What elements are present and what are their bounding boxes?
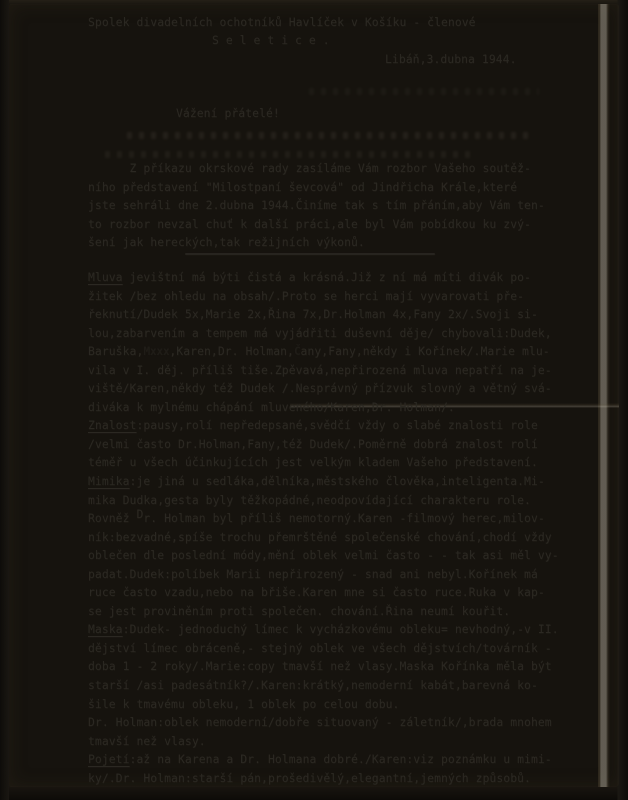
fold-crease-vertical — [598, 4, 610, 787]
ink-bleedthrough — [105, 151, 477, 158]
text-segment: ník:bezvadné,spíše trochu přemrštěné spo… — [88, 531, 552, 544]
text-segment: žitek /bez ohledu na obsah/.Proto se her… — [88, 290, 524, 303]
text-segment: ,Karen,Dr. Holman, — [169, 345, 294, 358]
intro-paragraph: Z příkazu okrskové rady zasíláme Vám roz… — [88, 160, 545, 253]
salutation: Vážení přátelé! — [176, 105, 280, 124]
text-line: doba 1 - 2 roky/.Marie:copy tmavší než v… — [88, 658, 559, 677]
text-segment: Baruška, — [88, 345, 143, 358]
text-segment: r. Holman byl příliš nemotorný.Karen -fi… — [143, 512, 544, 525]
text-segment-x: Mxxx — [143, 345, 169, 358]
text-line: padat.Dudek:políbek Marii nepřirozený - … — [88, 566, 559, 585]
text-line: řeknutí/Dudek 5x,Marie 2x,Řina 7x,Dr.Hol… — [88, 306, 559, 325]
text-segment: ruce často vzadu,nebo na břiše.Karen mne… — [88, 586, 545, 599]
text-line: žitek /bez ohledu na obsah/.Proto se her… — [88, 288, 559, 307]
text-segment: lou,zabarvením a tempem má vyjádřiti duš… — [88, 327, 552, 340]
text-line: tmavší než vlasy. — [88, 733, 559, 752]
text-segment: vila v I. děj. příliš tiše.Zpěvavá,nepři… — [88, 364, 552, 377]
text-line: ruce často vzadu,nebo na břiše.Karen mne… — [88, 584, 559, 603]
text-line: to rozbor nevzal chuť k další práci,ale … — [88, 216, 545, 235]
underline-rule — [185, 253, 435, 255]
text-segment: /velmi často Dr.Holman,Fany,též Dudek/.P… — [88, 438, 538, 451]
text-segment: :Dudek- jednoduchý límec k vycházkovému … — [123, 623, 559, 636]
text-line: starší /asi padesátník?/.Karen:krátký,ne… — [88, 677, 559, 696]
text-line: Z příkazu okrskové rady zasíláme Vám roz… — [88, 160, 545, 179]
text-line: mika Dudka,gesta byly těžkopádné,neodpov… — [88, 492, 559, 511]
text-line: /velmi často Dr.Holman,Fany,též Dudek/.P… — [88, 436, 559, 455]
text-segment: :pausy,rolí nepředepsané,svědčí vždy o s… — [136, 419, 537, 432]
scanned-photo: Spolek divadelních ochotníků Havlíček v … — [0, 0, 628, 800]
review-body: Mluva jevištní má býti čistá a krásná.Ji… — [88, 269, 559, 788]
text-segment: dějství límec obráceně,- stejný oblek ve… — [88, 642, 552, 655]
text-segment: Rovněž — [88, 512, 136, 525]
text-line: dějství límec obráceně,- stejný oblek ve… — [88, 640, 559, 659]
text-line: ník:bezvadné,spíše trochu přemrštěné spo… — [88, 529, 559, 548]
date-line: Libáň,3.dubna 1944. — [385, 51, 517, 70]
text-segment: :je jiná u sedláka,dělníka,městského člo… — [130, 475, 545, 488]
text-line: Dr. Holman:oblek nemoderní/dobře situova… — [88, 714, 559, 733]
text-segment: doba 1 - 2 roky/.Marie:copy tmavší než v… — [88, 660, 552, 673]
text-segment: :až na Karena a Dr. Holmana dobré./Karen… — [130, 753, 552, 766]
text-line: lou,zabarvením a tempem má vyjádřiti duš… — [88, 325, 559, 344]
text-segment: řeknutí/Dudek 5x,Marie 2x,Řina 7x,Dr.Hol… — [88, 308, 538, 321]
text-line: oblečen dle poslední módy,mění oblek vel… — [88, 547, 559, 566]
text-line: diváka k mylnému chápání mluveného/Karen… — [88, 399, 559, 418]
text-line: Pojetí:až na Karena a Dr. Holmana dobré.… — [88, 751, 559, 770]
text-line: viště/Karen,někdy též Dudek /.Nesprávný … — [88, 380, 559, 399]
place-line: S e l e t i c e . — [212, 32, 330, 51]
ink-bleedthrough — [127, 132, 529, 139]
society-name-line: Spolek divadelních ochotníků Havlíček v … — [88, 14, 476, 33]
text-segment: diváka k mylnému chápání mluveného/Karen… — [88, 401, 455, 414]
text-segment: any,Fany,někdy i Kořínek/.Marie mlu- — [301, 345, 550, 358]
ink-bleedthrough — [309, 88, 539, 95]
text-line: Znalost:pausy,rolí nepředepsané,svědčí v… — [88, 417, 559, 436]
text-segment: šile k tmavému obleku, 1 oblek po celou … — [88, 698, 399, 711]
text-line: Rovněž Dr. Holman byl příliš nemotorný.K… — [88, 510, 559, 529]
text-segment: Dr. Holman:oblek nemoderní/dobře situova… — [88, 716, 552, 729]
text-line: šení jak hereckých,tak režijních výkonů. — [88, 234, 545, 253]
text-segment-u: Maska — [88, 623, 123, 636]
text-segment: oblečen dle poslední módy,mění oblek vel… — [88, 549, 559, 562]
text-segment-u: Mluva — [88, 271, 123, 284]
text-segment: mika Dudka,gesta byly těžkopádné,neodpov… — [88, 494, 531, 507]
text-line: téměř u všech účinkujících jest velkým k… — [88, 454, 559, 473]
text-segment-u: Znalost — [88, 419, 136, 432]
text-segment: téměř u všech účinkujících jest velkým k… — [88, 456, 538, 469]
text-line: šile k tmavému obleku, 1 oblek po celou … — [88, 696, 559, 715]
text-line: ního představení "Milostpaní ševcová" od… — [88, 179, 545, 198]
text-segment: padat.Dudek:políbek Marii nepřirozený - … — [88, 568, 538, 581]
text-segment-u: Pojetí — [88, 753, 130, 766]
text-segment-u: Mimika — [88, 475, 130, 488]
text-segment: tmavší než vlasy. — [88, 735, 206, 748]
text-line: se jest proviněním proti společen. chová… — [88, 603, 559, 622]
text-line: Mimika:je jiná u sedláka,dělníka,městské… — [88, 473, 559, 492]
text-segment: se jest proviněním proti společen. chová… — [88, 605, 510, 618]
text-line: Maska:Dudek- jednoduchý límec k vycházko… — [88, 621, 559, 640]
text-line: ky/.Dr. Holman:starší pán,prošedivělý,el… — [88, 770, 559, 789]
text-line: Mluva jevištní má býti čistá a krásná.Ji… — [88, 269, 559, 288]
document-page: Spolek divadelních ochotníků Havlíček v … — [9, 4, 619, 787]
text-segment: viště/Karen,někdy též Dudek /.Nesprávný … — [88, 382, 552, 395]
text-segment: ky/.Dr. Holman:starší pán,prošedivělý,el… — [88, 772, 531, 785]
text-segment-sup: D — [136, 508, 143, 521]
text-line: Baruška,Mxxx,Karen,Dr. Holman,Čany,Fany,… — [88, 343, 559, 362]
text-line: vila v I. děj. příliš tiše.Zpěvavá,nepři… — [88, 362, 559, 381]
text-segment: jevištní má býti čistá a krásná.Již z ní… — [123, 271, 531, 284]
text-segment: starší /asi padesátník?/.Karen:krátký,ne… — [88, 679, 538, 692]
text-line: jste sehráli dne 2.dubna 1944.Činíme tak… — [88, 197, 545, 216]
